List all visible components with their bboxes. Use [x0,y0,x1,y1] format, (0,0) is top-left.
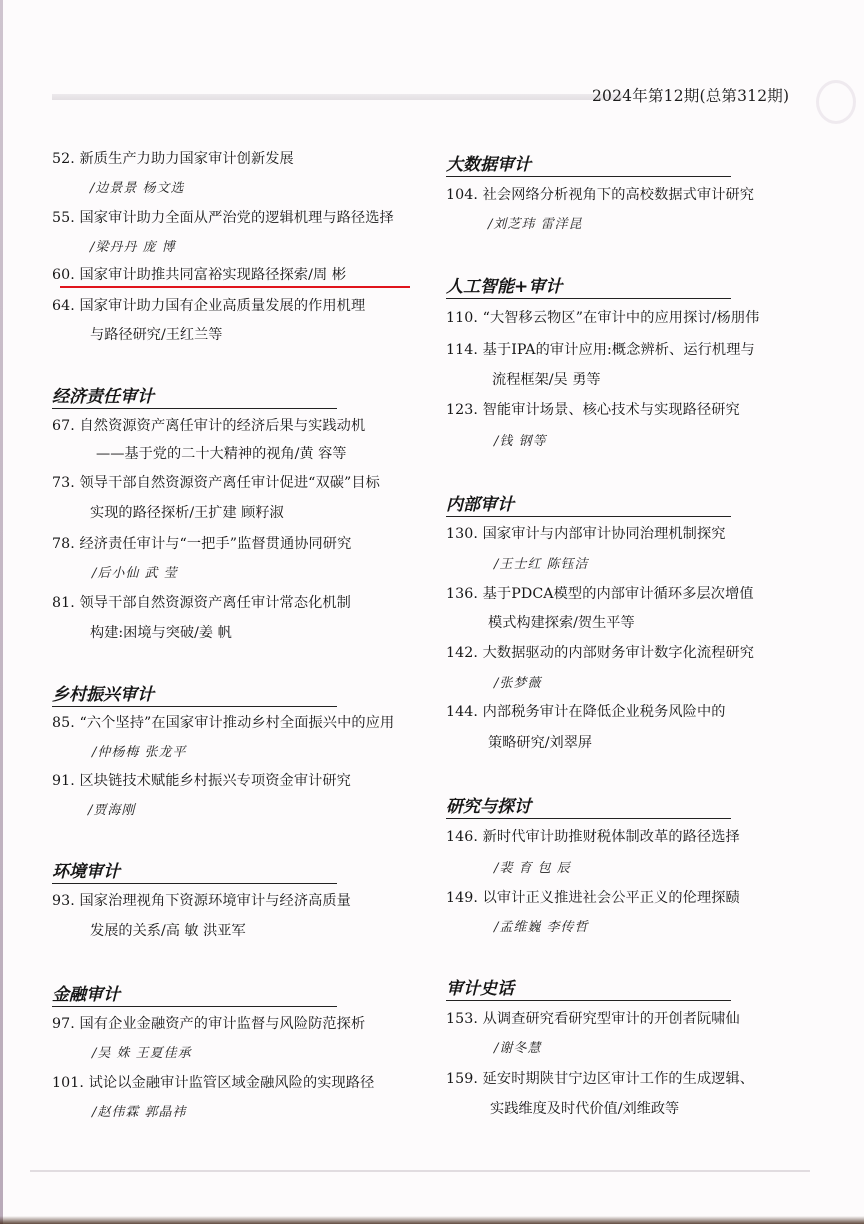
item-title-continuation: 实践维度及时代价值/刘维政等 [490,1098,679,1118]
item-author: /边景景 杨文选 [90,177,185,196]
toc-item-114[interactable]: 114. 基于IPA的审计应用:概念辨析、运行机理与 [446,339,755,359]
toc-item-81[interactable]: 81. 领导干部自然资源资产离任审计常态化机制 [52,592,351,612]
issue-label: 2024年第12期(总第312期) [592,84,789,106]
item-title: 以审计正义推进社会公平正义的伦理探赜 [483,890,740,906]
journal-logo-icon [816,80,856,124]
item-author: /孟维巍 李传哲 [494,916,589,935]
toc-item-142[interactable]: 142. 大数据驱动的内部财务审计数字化流程研究 [446,642,754,662]
item-number: 144. [446,704,478,720]
toc-item-91[interactable]: 91. 区块链技术赋能乡村振兴专项资金审计研究 [52,770,351,790]
item-title: 基于IPA的审计应用:概念辨析、运行机理与 [483,342,755,358]
toc-item-85[interactable]: 85. “六个坚持”在国家审计推动乡村全面振兴中的应用 [52,712,394,732]
item-title: 国有企业金融资产的审计监督与风险防范探析 [80,1016,366,1032]
toc-item-52[interactable]: 52. 新质生产力助力国家审计创新发展 [52,148,294,168]
item-number: 64. [52,298,75,314]
item-title: 内部税务审计在降低企业税务风险中的 [483,704,726,720]
item-title-continuation: 与路径研究/王红兰等 [90,324,222,344]
item-number: 104. [446,187,478,203]
toc-item-78[interactable]: 78. 经济责任审计与“一把手”监督贯通协同研究 [52,533,351,553]
item-title: 国家审计与内部审计协同治理机制探究 [483,526,726,542]
item-title-continuation: 模式构建探索/贺生平等 [488,612,635,632]
item-number: 60. [52,267,75,283]
item-title-continuation: ——基于党的二十大精神的视角/黄 容等 [96,443,346,463]
item-number: 123. [446,402,478,418]
toc-item-67[interactable]: 67. 自然资源资产离任审计的经济后果与实践动机 [52,415,365,435]
item-number: 142. [446,645,478,661]
item-title: 延安时期陕甘宁边区审计工作的生成逻辑、 [483,1071,754,1087]
toc-item-64[interactable]: 64. 国家审计助力国有企业高质量发展的作用机理 [52,295,365,315]
item-number: 91. [52,773,75,789]
toc-item-153[interactable]: 153. 从调查研究看研究型审计的开创者阮啸仙 [446,1008,740,1028]
item-title: 领导干部自然资源资产离任审计促进“双碳”目标 [80,475,380,491]
section-heading-financial: 金融审计 [52,980,337,1007]
item-number: 93. [52,893,75,909]
item-number: 130. [446,526,478,542]
item-author: /谢冬慧 [494,1037,541,1056]
item-author: /钱 钢等 [494,430,547,449]
item-number: 73. [52,475,75,491]
item-number: 85. [52,715,75,731]
section-heading-economic-responsibility: 经济责任审计 [52,382,337,409]
item-title: 社会网络分析视角下的高校数据式审计研究 [483,187,754,203]
item-author: /仲杨梅 张龙平 [92,741,187,760]
item-number: 110. [446,310,478,326]
red-highlight-underline [60,286,410,288]
item-title-continuation: 发展的关系/高 敏 洪亚军 [90,920,246,940]
item-title: 自然资源资产离任审计的经济后果与实践动机 [80,418,366,434]
item-title: 新时代审计助推财税体制改革的路径选择 [483,829,740,845]
section-heading-audit-history: 审计史话 [446,974,731,1001]
toc-item-146[interactable]: 146. 新时代审计助推财税体制改革的路径选择 [446,826,740,846]
toc-item-101[interactable]: 101. 试论以金融审计监管区域金融风险的实现路径 [52,1072,374,1092]
item-author: /张梦薇 [494,672,541,691]
toc-item-110[interactable]: 110. “大智移云物区”在审计中的应用探讨/杨朋伟 [446,307,759,327]
item-number: 159. [446,1071,478,1087]
item-title: 国家审计助力全面从严治党的逻辑机理与路径选择 [80,210,394,226]
item-number: 114. [446,342,478,358]
item-number: 52. [52,151,75,167]
toc-item-60-highlighted[interactable]: 60. 国家审计助推共同富裕实现路径探索/周 彬 [52,264,346,284]
item-title: 新质生产力助力国家审计创新发展 [80,151,294,167]
item-number: 81. [52,595,75,611]
item-author: /贾海刚 [88,799,135,818]
item-title-continuation: 策略研究/刘翠屏 [488,732,592,752]
item-author: /裴 育 包 辰 [494,857,571,876]
item-number: 146. [446,829,478,845]
toc-item-104[interactable]: 104. 社会网络分析视角下的高校数据式审计研究 [446,184,754,204]
toc-item-149[interactable]: 149. 以审计正义推进社会公平正义的伦理探赜 [446,887,740,907]
item-title: 国家治理视角下资源环境审计与经济高质量 [80,893,351,909]
item-title-continuation: 构建:困境与突破/姜 帆 [90,622,232,642]
header-rule [52,94,622,100]
item-author: /后小仙 武 莹 [92,562,178,581]
toc-item-144[interactable]: 144. 内部税务审计在降低企业税务风险中的 [446,701,726,721]
item-title: 国家审计助力国有企业高质量发展的作用机理 [80,298,366,314]
item-number: 97. [52,1016,75,1032]
item-author: /赵伟霖 郭晶祎 [92,1101,187,1120]
item-title: 从调查研究看研究型审计的开创者阮啸仙 [483,1011,740,1027]
toc-item-159[interactable]: 159. 延安时期陕甘宁边区审计工作的生成逻辑、 [446,1068,754,1088]
toc-item-73[interactable]: 73. 领导干部自然资源资产离任审计促进“双碳”目标 [52,472,380,492]
item-number: 55. [52,210,75,226]
section-heading-internal-audit: 内部审计 [446,490,731,517]
toc-item-130[interactable]: 130. 国家审计与内部审计协同治理机制探究 [446,523,726,543]
item-title: 智能审计场景、核心技术与实现路径研究 [483,402,740,418]
item-number: 78. [52,536,75,552]
item-title: 基于PDCA模型的内部审计循环多层次增值 [483,586,754,602]
toc-item-97[interactable]: 97. 国有企业金融资产的审计监督与风险防范探析 [52,1013,365,1033]
item-title: 区块链技术赋能乡村振兴专项资金审计研究 [80,773,351,789]
item-author: /刘芝玮 雷洋昆 [488,213,583,232]
item-number: 149. [446,890,478,906]
toc-item-123[interactable]: 123. 智能审计场景、核心技术与实现路径研究 [446,399,740,419]
footer-rule [30,1170,810,1172]
scan-bottom-shadow [0,1216,864,1224]
item-author: /梁丹丹 庞 博 [90,236,176,255]
item-title: 国家审计助推共同富裕实现路径探索/周 彬 [80,267,347,283]
toc-item-55[interactable]: 55. 国家审计助力全面从严治党的逻辑机理与路径选择 [52,207,394,227]
section-heading-rural-revitalization: 乡村振兴审计 [52,680,337,707]
section-heading-big-data: 大数据审计 [446,150,731,177]
item-title-continuation: 流程框架/吴 勇等 [492,369,601,389]
toc-item-93[interactable]: 93. 国家治理视角下资源环境审计与经济高质量 [52,890,351,910]
item-number: 101. [52,1075,84,1091]
item-title: 领导干部自然资源资产离任审计常态化机制 [80,595,351,611]
section-heading-research-discussion: 研究与探讨 [446,792,731,819]
item-author: /王士红 陈钰洁 [494,553,589,572]
item-title: 试论以金融审计监管区域金融风险的实现路径 [89,1075,375,1091]
item-number: 67. [52,418,75,434]
page-edge [0,0,3,1224]
item-title: 大数据驱动的内部财务审计数字化流程研究 [483,645,754,661]
item-author: /吴 姝 王夏佳承 [92,1042,192,1061]
item-title: “大智移云物区”在审计中的应用探讨/杨朋伟 [483,310,760,326]
toc-item-136[interactable]: 136. 基于PDCA模型的内部审计循环多层次增值 [446,583,754,603]
section-heading-environmental: 环境审计 [52,857,337,884]
item-number: 136. [446,586,478,602]
item-title: 经济责任审计与“一把手”监督贯通协同研究 [80,536,352,552]
item-title: “六个坚持”在国家审计推动乡村全面振兴中的应用 [80,715,395,731]
item-title-continuation: 实现的路径探析/王扩建 顾籽淑 [90,502,284,522]
item-number: 153. [446,1011,478,1027]
section-heading-ai-audit: 人工智能+审计 [446,272,731,299]
